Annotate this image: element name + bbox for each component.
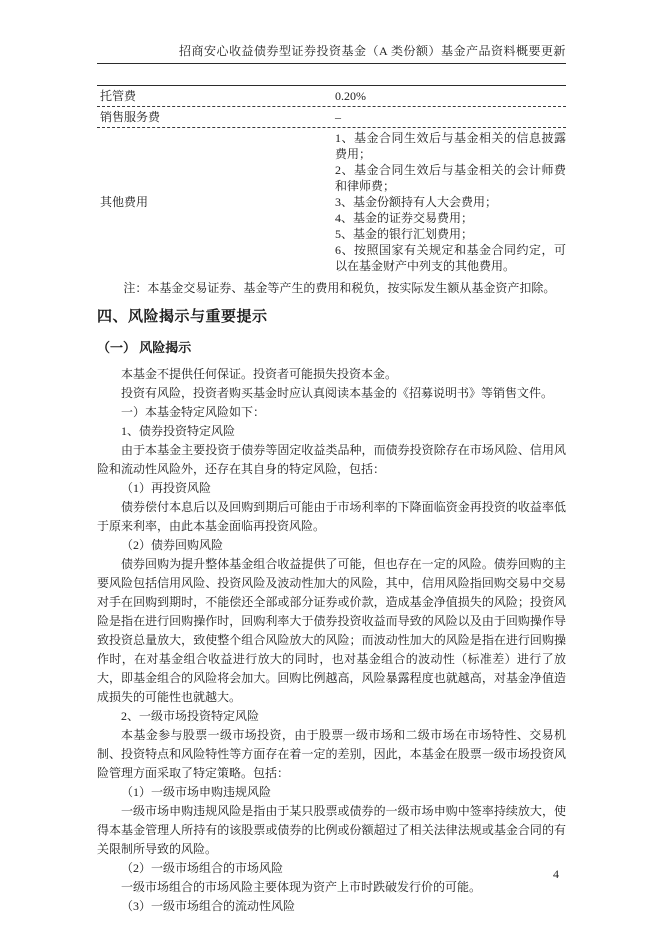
- fee-table-row-other-fees: 其他费用 1、基金合同生效后与基金相关的信息披露费用；2、基金合同生效后与基金相…: [97, 128, 566, 276]
- page-content: 招商安心收益债券型证券投资基金（A 类份额）基金产品资料概要更新 托管费 0.2…: [97, 44, 566, 916]
- paragraph: 2、一级市场投资特定风险: [97, 707, 566, 726]
- paragraph: 1、债券投资特定风险: [97, 422, 566, 441]
- other-fee-item: 6、按照国家有关规定和基金合同约定，可以在基金财产中列支的其他费用。: [335, 242, 566, 274]
- section-heading: 四、风险揭示与重要提示: [97, 307, 566, 327]
- paragraph: 一级市场组合的市场风险主要体现为资产上市时跌破发行价的可能。: [97, 878, 566, 897]
- other-fee-item: 3、基金份额持有人大会费用；: [335, 194, 566, 210]
- risk-section-body: 本基金不提供任何保证。投资者可能损失投资本金。投资有风险，投资者购买基金时应认真…: [97, 365, 566, 916]
- fee-value: –: [335, 107, 566, 127]
- paragraph: （1）再投资风险: [97, 479, 566, 498]
- paragraph: （1）一级市场申购违规风险: [97, 783, 566, 802]
- section-subheading: （一） 风险揭示: [97, 339, 566, 357]
- paragraph: 一）本基金特定风险如下：: [97, 403, 566, 422]
- other-fee-item: 4、基金的证券交易费用；: [335, 210, 566, 226]
- fee-table-row: 销售服务费 –: [97, 107, 566, 128]
- paragraph: 债券偿付本息后以及回购到期后可能由于市场利率的下降面临资金再投资的收益率低于原来…: [97, 498, 566, 536]
- page-header-title: 招商安心收益债券型证券投资基金（A 类份额）基金产品资料概要更新: [97, 44, 566, 64]
- fee-table-rows: 托管费 0.20% 销售服务费 –: [97, 86, 566, 128]
- fee-value: 0.20%: [335, 86, 566, 106]
- page-number: 4: [553, 867, 559, 882]
- paragraph: 债券回购为提升整体基金组合收益提供了可能，但也存在一定的风险。债券回购的主要风险…: [97, 555, 566, 707]
- fee-label: 其他费用: [97, 128, 335, 276]
- paragraph: 由于本基金主要投资于债券等固定收益类品种，而债券投资除存在市场风险、信用风险和流…: [97, 441, 566, 479]
- other-fee-item: 5、基金的银行汇划费用；: [335, 226, 566, 242]
- fee-label: 托管费: [97, 86, 335, 106]
- fee-label: 销售服务费: [97, 107, 335, 127]
- paragraph: 一级市场申购违规风险是指由于某只股票或债券的一级市场申购中签率持续放大，使得本基…: [97, 802, 566, 859]
- paragraph: 本基金不提供任何保证。投资者可能损失投资本金。: [97, 365, 566, 384]
- other-fee-item: 2、基金合同生效后与基金相关的会计师费和律师费；: [335, 162, 566, 194]
- paragraph: （2）债券回购风险: [97, 536, 566, 555]
- other-fee-item: 1、基金合同生效后与基金相关的信息披露费用；: [335, 130, 566, 162]
- fee-table: 托管费 0.20% 销售服务费 – 其他费用 1、基金合同生效后与基金相关的信息…: [97, 85, 566, 276]
- paragraph: （3）一级市场组合的流动性风险: [97, 897, 566, 916]
- paragraph: （2）一级市场组合的市场风险: [97, 859, 566, 878]
- other-fees-list: 1、基金合同生效后与基金相关的信息披露费用；2、基金合同生效后与基金相关的会计师…: [335, 128, 566, 276]
- fee-table-note: 注：本基金交易证券、基金等产生的费用和税负，按实际发生额从基金资产扣除。: [97, 279, 566, 298]
- paragraph: 本基金参与股票一级市场投资，由于股票一级市场和二级市场在市场特性、交易机制、投资…: [97, 726, 566, 783]
- fee-table-row: 托管费 0.20%: [97, 86, 566, 107]
- paragraph: 投资有风险，投资者购买基金时应认真阅读本基金的《招募说明书》等销售文件。: [97, 384, 566, 403]
